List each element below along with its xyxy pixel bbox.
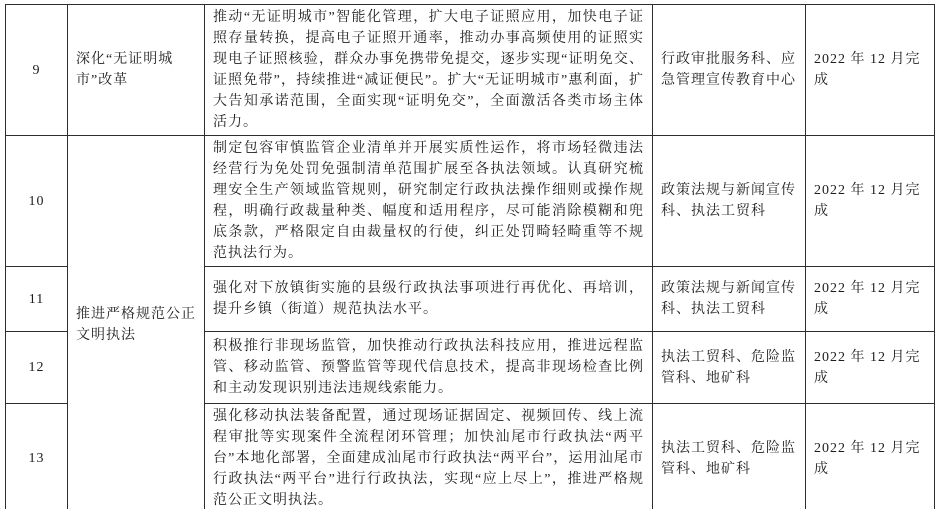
row-number-cell: 10 bbox=[6, 136, 68, 267]
row-number-cell: 13 bbox=[6, 404, 68, 509]
task-description-cell: 强化对下放镇街实施的县级行政执法事项进行再优化、再培训，提升乡镇（街道）规范执法… bbox=[205, 267, 653, 332]
implementation-task-table: 9 深化“无证明城市”改革 推动“无证明城市”智能化管理，扩大电子证照应用，加快… bbox=[5, 4, 935, 509]
deadline-cell: 2022 年 12 月完成 bbox=[806, 267, 935, 332]
responsible-dept-cell: 政策法规与新闻宣传科、执法工贸科 bbox=[653, 267, 806, 332]
responsible-dept-cell: 执法工贸科、危险监管科、地矿科 bbox=[653, 404, 806, 509]
task-description-cell: 推动“无证明城市”智能化管理，扩大电子证照应用，加快电子证照存量转换，提高电子证… bbox=[205, 5, 653, 136]
row-number-cell: 11 bbox=[6, 267, 68, 332]
deadline-cell: 2022 年 12 月完成 bbox=[806, 136, 935, 267]
responsible-dept-cell: 执法工贸科、危险监管科、地矿科 bbox=[653, 332, 806, 404]
document-page: 9 深化“无证明城市”改革 推动“无证明城市”智能化管理，扩大电子证照应用，加快… bbox=[0, 0, 939, 509]
row-number-cell: 9 bbox=[6, 5, 68, 136]
task-category-cell: 深化“无证明城市”改革 bbox=[68, 5, 205, 136]
table-row-10: 10 推进严格规范公正文明执法 制定包容审慎监管企业清单并开展实质性运作，将市场… bbox=[6, 136, 935, 267]
task-description-cell: 强化移动执法装备配置，通过现场证据固定、视频回传、线上流程审批等实现案件全流程闭… bbox=[205, 404, 653, 509]
task-description-cell: 积极推行非现场监管，加快推动行政执法科技应用，推进远程监管、移动监管、预警监管等… bbox=[205, 332, 653, 404]
task-description-cell: 制定包容审慎监管企业清单并开展实质性运作，将市场轻微违法经营行为免处罚免强制清单… bbox=[205, 136, 653, 267]
responsible-dept-cell: 行政审批服务科、应急管理宣传教育中心 bbox=[653, 5, 806, 136]
deadline-cell: 2022 年 12 月完成 bbox=[806, 332, 935, 404]
deadline-cell: 2022 年 12 月完成 bbox=[806, 404, 935, 509]
responsible-dept-cell: 政策法规与新闻宣传科、执法工贸科 bbox=[653, 136, 806, 267]
task-category-cell-merged: 推进严格规范公正文明执法 bbox=[68, 136, 205, 509]
row-number-cell: 12 bbox=[6, 332, 68, 404]
table-row-9: 9 深化“无证明城市”改革 推动“无证明城市”智能化管理，扩大电子证照应用，加快… bbox=[6, 5, 935, 136]
deadline-cell: 2022 年 12 月完成 bbox=[806, 5, 935, 136]
